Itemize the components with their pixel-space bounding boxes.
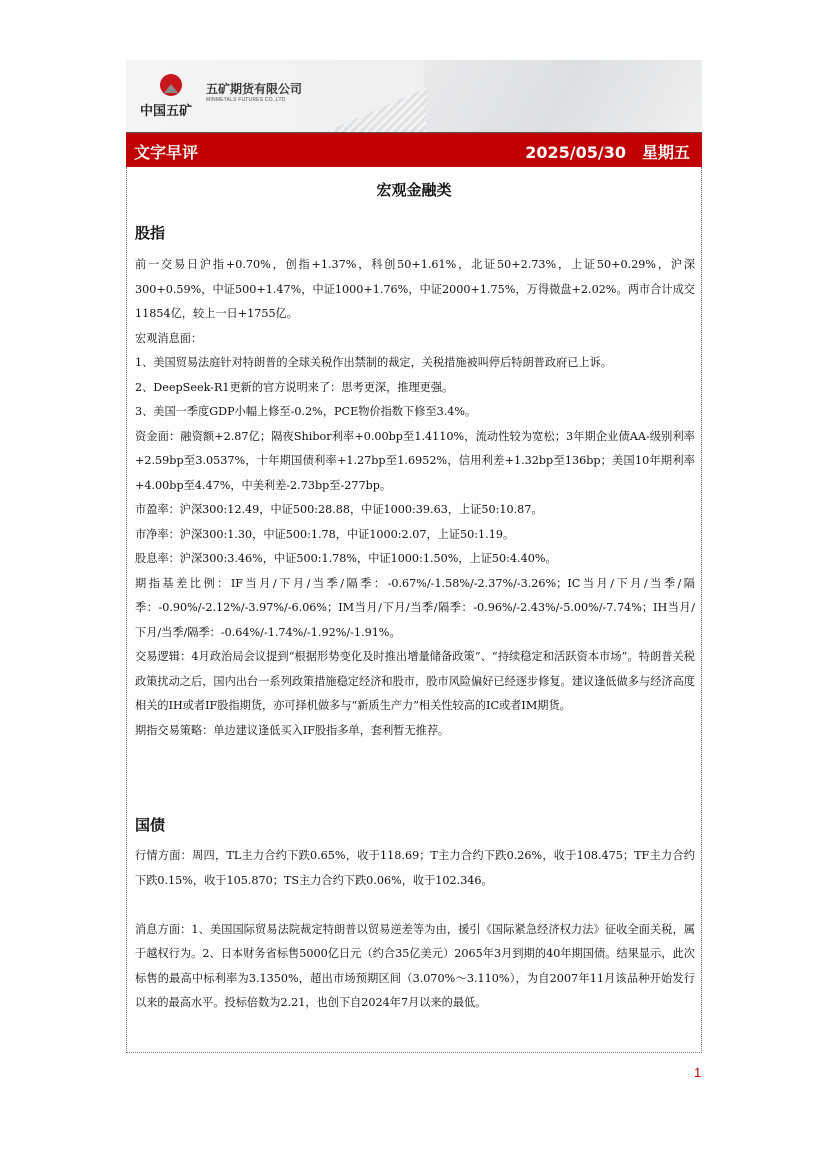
- paragraph: 3、美国一季度GDP小幅上修至-0.2%，PCE物价指数下修至3.4%。: [135, 400, 695, 425]
- logo-text: 中国五矿: [140, 100, 192, 119]
- spacer: [135, 893, 695, 918]
- section-body-stock-index: 前一交易日沪指+0.70%，创指+1.37%，科创50+1.61%，北证50+2…: [135, 253, 695, 743]
- content-frame: 宏观金融类 股指 前一交易日沪指+0.70%，创指+1.37%，科创50+1.6…: [126, 167, 702, 1053]
- paragraph: 消息方面：1、美国国际贸易法院裁定特朗普以贸易逆差等为由，援引《国际紧急经济权力…: [135, 918, 695, 1016]
- section-body-treasury-bonds: 行情方面：周四，TL主力合约下跌0.65%，收于118.69；T主力合约下跌0.…: [135, 844, 695, 1016]
- paragraph: 市盈率：沪深300:12.49，中证500:28.88，中证1000:39.63…: [135, 498, 695, 523]
- report-date-group: 2025/05/30星期五: [525, 140, 690, 163]
- paragraph: 期指交易策略：单边建议逢低买入IF股指多单，套利暂无推荐。: [135, 719, 695, 744]
- paragraph: 2、DeepSeek-R1更新的官方说明来了：思考更深，推理更强。: [135, 376, 695, 401]
- company-logo-icon: [160, 74, 182, 96]
- company-name-cn: 五矿期货有限公司: [206, 80, 302, 97]
- paragraph: 1、美国贸易法庭针对特朗普的全球关税作出禁制的裁定，关税措施被叫停后特朗普政府已…: [135, 351, 695, 376]
- section-title-stock-index: 股指: [135, 222, 165, 243]
- page-number: 1: [694, 1065, 701, 1080]
- paragraph: 交易逻辑：4月政治局会议提到“根据形势变化及时推出增量储备政策”、“持续稳定和活…: [135, 645, 695, 719]
- paragraph: 前一交易日沪指+0.70%，创指+1.37%，科创50+1.61%，北证50+2…: [135, 253, 695, 327]
- paragraph: 市净率：沪深300:1.30，中证500:1.78，中证1000:2.07，上证…: [135, 523, 695, 548]
- paragraph: 期指基差比例：IF当月/下月/当季/隔季：-0.67%/-1.58%/-2.37…: [135, 572, 695, 646]
- report-weekday: 星期五: [642, 143, 690, 162]
- main-title: 宏观金融类: [127, 179, 701, 200]
- report-date: 2025/05/30: [525, 143, 626, 162]
- paragraph: 宏观消息面：: [135, 327, 695, 352]
- paragraph: 股息率：沪深300:3.46%，中证500:1.78%，中证1000:1.50%…: [135, 547, 695, 572]
- banner-beam-graphic: [326, 88, 426, 132]
- banner-background-graphic: [424, 60, 702, 132]
- title-bar: 文字早评 2025/05/30星期五: [126, 132, 702, 167]
- header-banner: 中国五矿 五矿期货有限公司 MINMETALS FUTURES CO.,LTD: [126, 60, 702, 132]
- report-type-label: 文字早评: [134, 140, 198, 163]
- paragraph: 行情方面：周四，TL主力合约下跌0.65%，收于118.69；T主力合约下跌0.…: [135, 844, 695, 893]
- section-title-treasury-bonds: 国债: [135, 814, 165, 835]
- company-name-en: MINMETALS FUTURES CO.,LTD: [206, 97, 286, 103]
- paragraph: 资金面：融资额+2.87亿；隔夜Shibor利率+0.00bp至1.4110%，…: [135, 425, 695, 499]
